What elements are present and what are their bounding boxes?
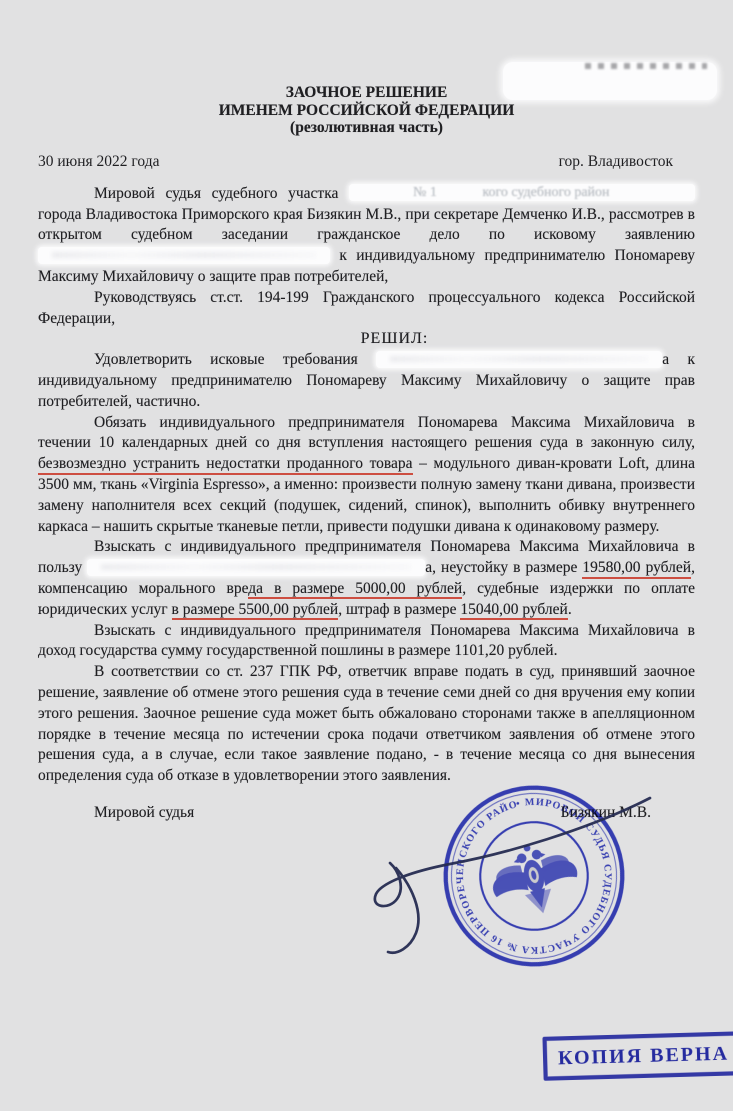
text-run: Мировой судья судебного участка [94,185,349,202]
redaction-box-plaintiff-2 [376,351,662,368]
decision-date: 30 июня 2022 года [38,153,159,171]
red-underlined-text: безвозмездно устранить недостатки продан… [38,455,413,475]
paragraph: Взыскать с индивидуального предпринимате… [38,621,695,663]
text-run: а, неустойку в размере [425,559,582,576]
title-line-3: (резолютивная часть) [38,119,695,137]
document-body: Мировой судья судебного участка № 1 кого… [38,184,695,787]
document-sheet: ЗАОЧНОЕ РЕШЕНИЕ ИМЕНЕМ РОССИЙСКОЙ ФЕДЕРА… [0,0,733,822]
paragraph: Взыскать с индивидуального предпринимате… [38,537,695,620]
red-underlined-text: в размере 5500,00 рублей [172,601,339,621]
text-run: Обязать индивидуального предпринимателя … [38,414,695,452]
paragraph: Руководствуясь ст.ст. 194-199 Гражданско… [38,288,695,330]
text-run: города Владивостока Приморского края Биз… [38,206,695,244]
resolution-heading: РЕШИЛ: [38,329,695,350]
title-line-1: ЗАОЧНОЕ РЕШЕНИЕ [38,84,695,102]
red-underlined-text: 19580,00 рублей [582,559,691,579]
paragraph: Мировой судья судебного участка № 1 кого… [38,184,695,288]
date-place-row: 30 июня 2022 года гор. Владивосток [38,153,695,171]
text-run: , штраф в размере [338,601,460,618]
redaction-box-plaintiff-1 [38,247,330,264]
judge-role-label: Мировой судья [94,804,194,822]
paragraph: Обязать индивидуального предпринимателя … [38,413,695,538]
copy-verified-stamp: КОПИЯ ВЕРНА [542,1031,733,1081]
red-underlined-text: да в размере 5000,00 рублей [248,580,462,600]
double-headed-eagle-icon [484,834,585,923]
scanned-court-decision-page: ЗАОЧНОЕ РЕШЕНИЕ ИМЕНЕМ РОССИЙСКОЙ ФЕДЕРА… [0,0,733,1111]
title-line-2: ИМЕНЕМ РОССИЙСКОЙ ФЕДЕРАЦИИ [38,102,695,120]
document-title: ЗАОЧНОЕ РЕШЕНИЕ ИМЕНЕМ РОССИЙСКОЙ ФЕДЕРА… [38,84,695,137]
decision-place: гор. Владивосток [559,153,673,171]
text-run: . [568,601,572,618]
text-run: Руководствуясь ст.ст. 194-199 Гражданско… [38,289,695,327]
red-underlined-text: 15040,00 рублей [460,601,568,621]
redaction-box-plaintiff-3 [87,559,425,576]
paragraph: Удовлетворить исковые требования а к инд… [38,350,695,412]
redaction-box-court-area: № 1 кого судебного район [349,184,695,201]
text-run: Взыскать с индивидуального предпринимате… [38,622,695,660]
redaction-ghost-text: № 1 кого судебного район [349,184,695,201]
text-run: Удовлетворить исковые требования [94,351,376,368]
